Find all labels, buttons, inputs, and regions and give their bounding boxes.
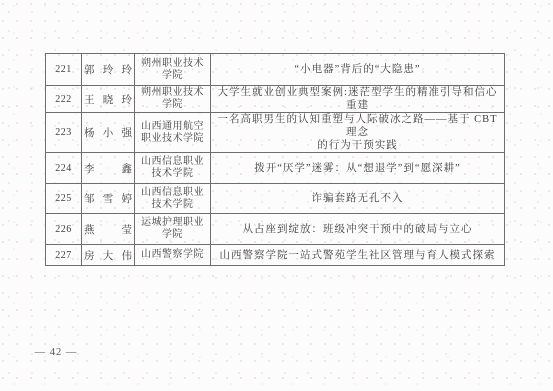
award-table: 221 郭 玲 玲 朔州职业技术 学院 “小电器”背后的“大隐患” 222 王 …	[45, 53, 505, 266]
cell-name: 王 晓 玲	[82, 86, 135, 113]
cell-name: 李 鑫	[82, 153, 135, 184]
table-row: 225 邹 雪 婷 山西信息职业 技术学院 诈骗套路无孔不入	[46, 184, 505, 214]
cell-name: 郭 玲 玲	[82, 54, 135, 86]
cell-title: “小电器”背后的“大隐患”	[211, 54, 505, 86]
table-row: 223 杨 小 强 山西通用航空 职业技术学院 一名高职男生的认知重塑与人际破冰…	[46, 113, 505, 153]
cell-title: 拨开“厌学”迷雾：从“想退学”到“愿深耕”	[211, 153, 505, 184]
cell-institution: 山西警察学院	[135, 245, 211, 266]
cell-title: 一名高职男生的认知重塑与人际破冰之路——基于 CBT 理念 的行为干预实践	[211, 113, 505, 153]
cell-institution: 山西通用航空 职业技术学院	[135, 113, 211, 153]
table-row: 222 王 晓 玲 朔州职业技术 学院 大学生就业创业典型案例:迷茫型学生的精准…	[46, 86, 505, 113]
cell-name: 杨 小 强	[82, 113, 135, 153]
document-page: 221 郭 玲 玲 朔州职业技术 学院 “小电器”背后的“大隐患” 222 王 …	[0, 0, 553, 391]
cell-institution: 朔州职业技术 学院	[135, 86, 211, 113]
table-row: 227 房 大 伟 山西警察学院 山西警察学院一站式警苑学生社区管理与育人模式探…	[46, 245, 505, 266]
cell-institution: 山西信息职业 技术学院	[135, 184, 211, 214]
page-number: — 42 —	[28, 347, 84, 358]
cell-name: 邹 雪 婷	[82, 184, 135, 214]
table-row: 221 郭 玲 玲 朔州职业技术 学院 “小电器”背后的“大隐患”	[46, 54, 505, 86]
cell-title: 诈骗套路无孔不入	[211, 184, 505, 214]
cell-title: 从占座到绽放：班级冲突干预中的破局与立心	[211, 214, 505, 245]
table-row: 224 李 鑫 山西信息职业 技术学院 拨开“厌学”迷雾：从“想退学”到“愿深耕…	[46, 153, 505, 184]
table-row: 226 燕 莹 运城护理职业 学院 从占座到绽放：班级冲突干预中的破局与立心	[46, 214, 505, 245]
cell-number: 227	[46, 245, 82, 266]
cell-institution: 山西信息职业 技术学院	[135, 153, 211, 184]
award-table-body: 221 郭 玲 玲 朔州职业技术 学院 “小电器”背后的“大隐患” 222 王 …	[46, 54, 505, 266]
cell-name: 房 大 伟	[82, 245, 135, 266]
cell-number: 226	[46, 214, 82, 245]
cell-number: 223	[46, 113, 82, 153]
cell-number: 221	[46, 54, 82, 86]
cell-title: 大学生就业创业典型案例:迷茫型学生的精准引导和信心重建	[211, 86, 505, 113]
cell-name: 燕 莹	[82, 214, 135, 245]
cell-number: 225	[46, 184, 82, 214]
cell-title: 山西警察学院一站式警苑学生社区管理与育人模式探索	[211, 245, 505, 266]
cell-institution: 朔州职业技术 学院	[135, 54, 211, 86]
cell-number: 222	[46, 86, 82, 113]
cell-number: 224	[46, 153, 82, 184]
cell-institution: 运城护理职业 学院	[135, 214, 211, 245]
